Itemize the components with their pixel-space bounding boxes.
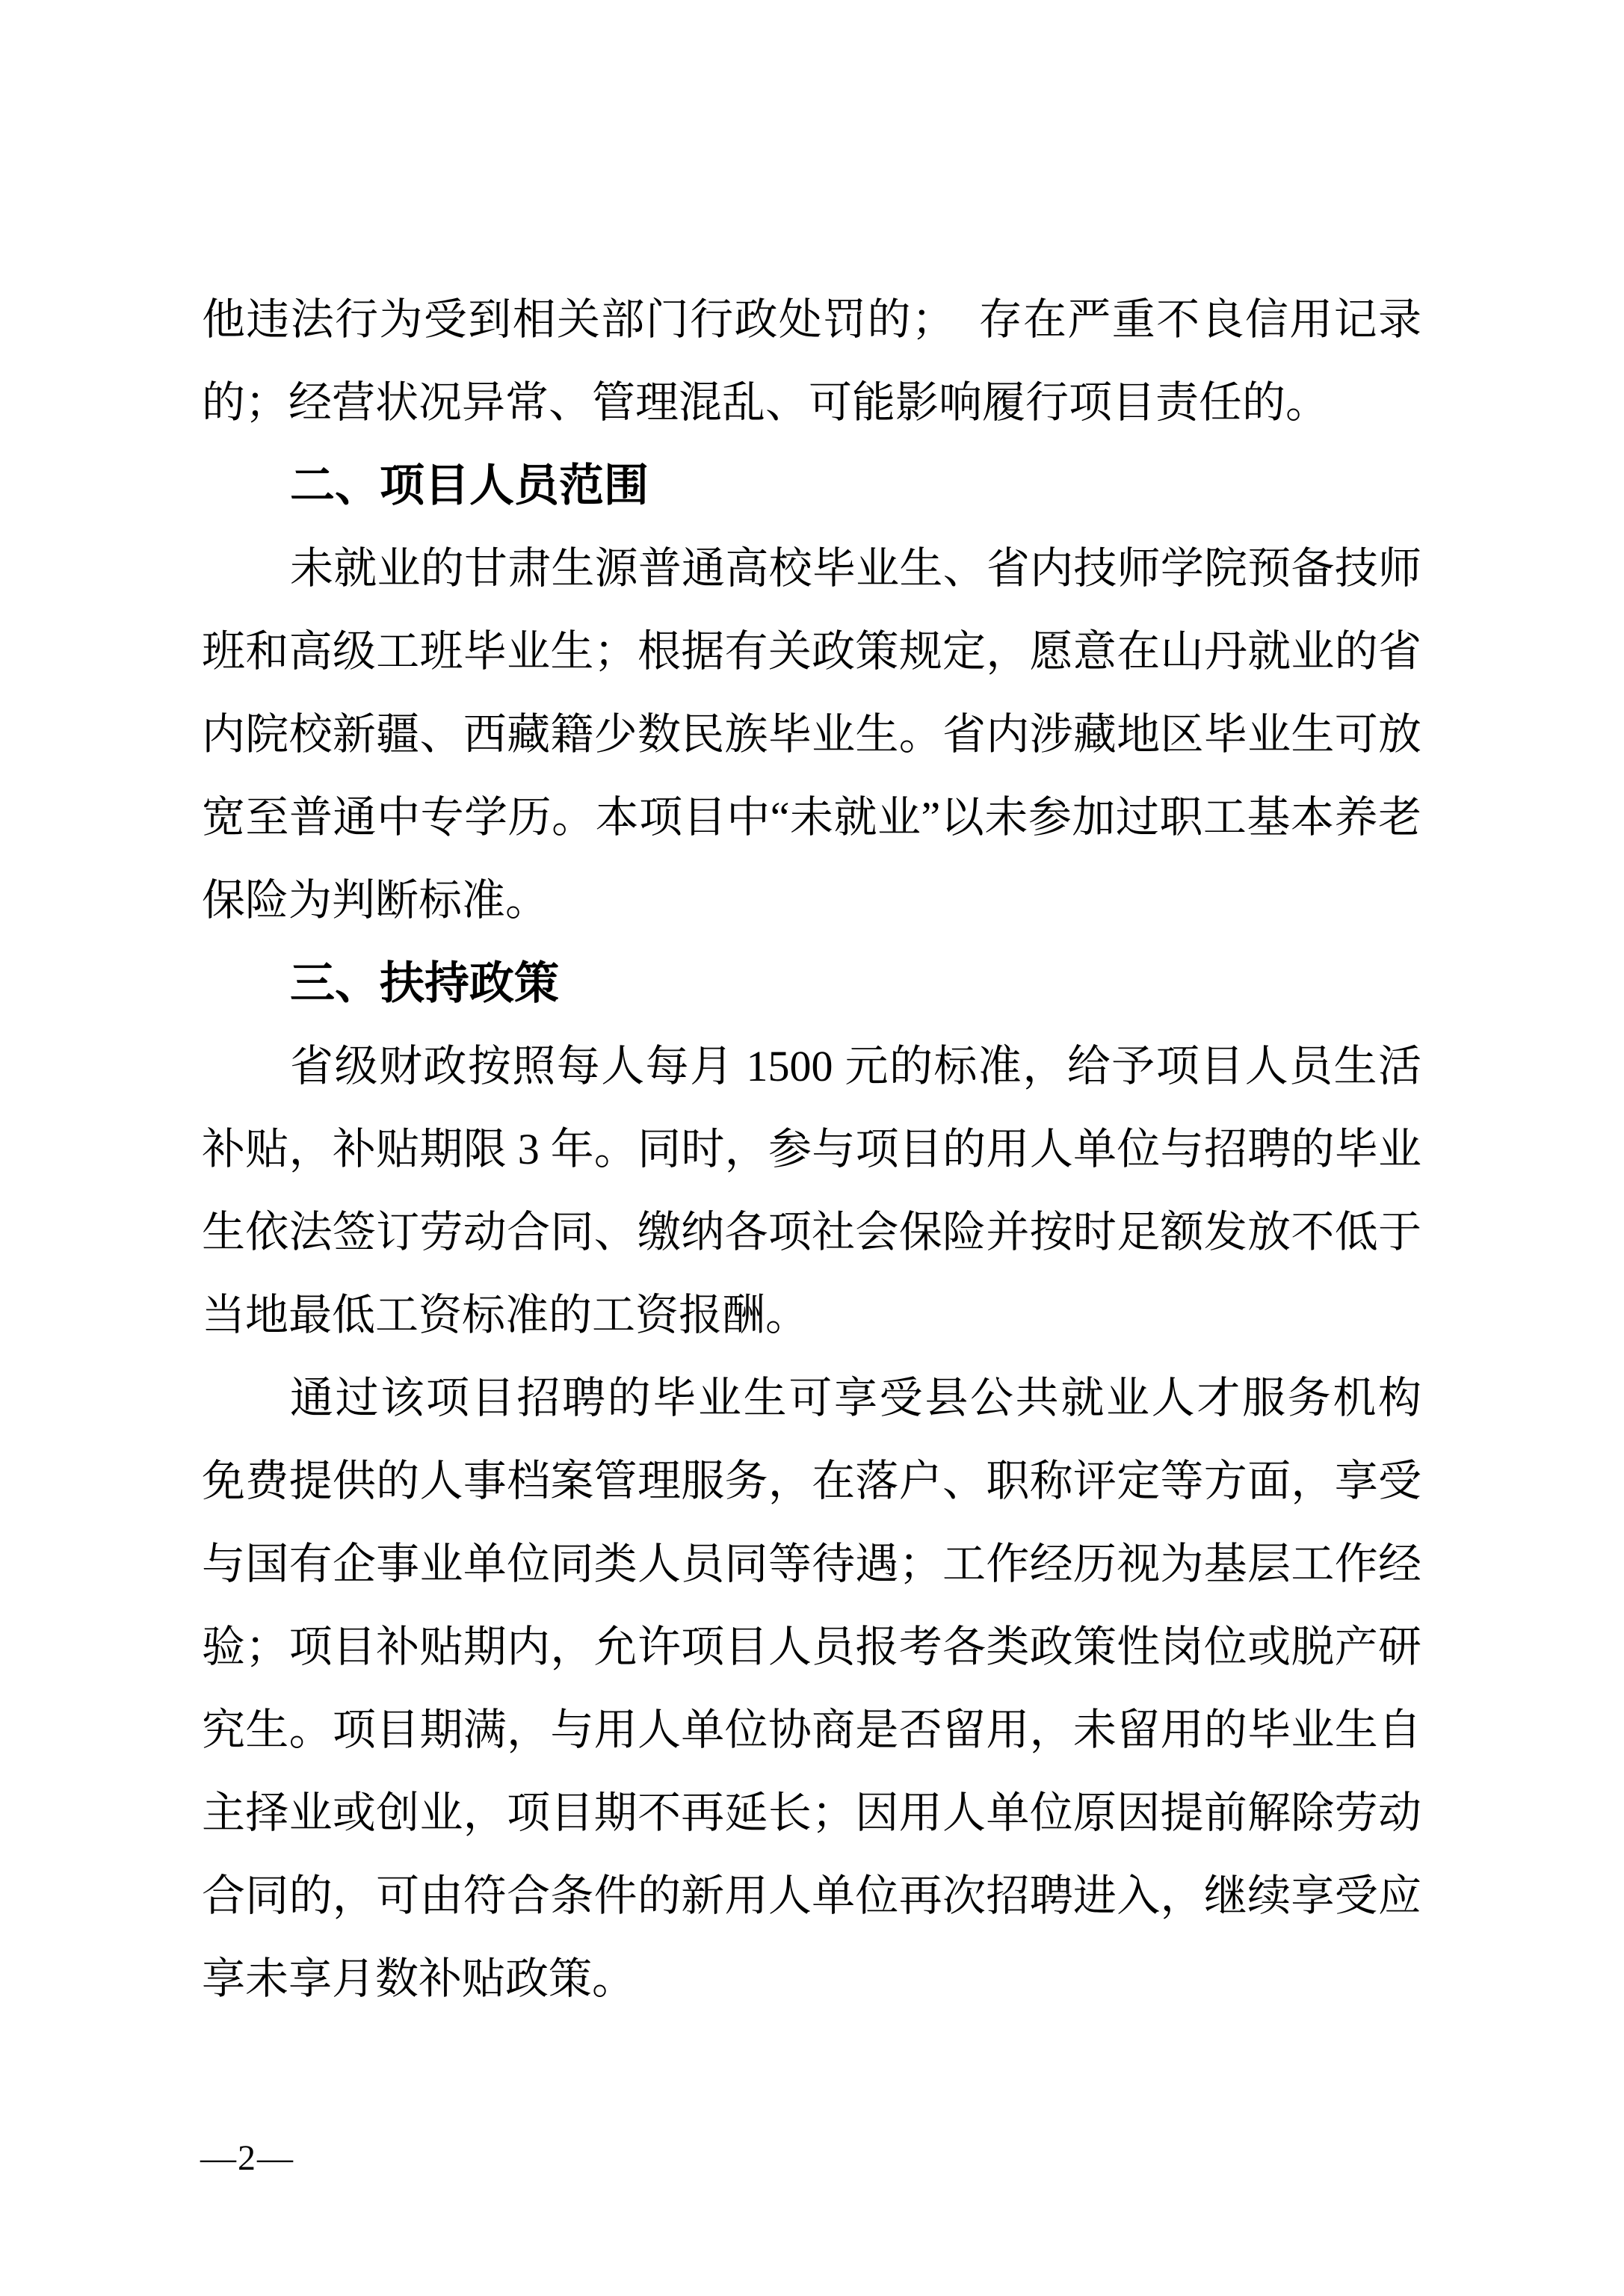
document-line: 保险为判断标准。 (202, 859, 1421, 942)
document-line: 未就业的甘肃生源普通高校毕业生、省内技师学院预备技师 (202, 527, 1421, 610)
document-line: 合同的，可由符合条件的新用人单位再次招聘进入，继续享受应 (202, 1854, 1421, 1937)
section-heading: 二、项目人员范围 (202, 444, 1421, 527)
document-line: 与国有企事业单位同类人员同等待遇；工作经历视为基层工作经 (202, 1522, 1421, 1605)
document-page: 他违法行为受到相关部门行政处罚的； 存在严重不良信用记录的；经营状况异常、管理混… (0, 0, 1624, 2296)
document-line: 究生。项目期满，与用人单位协商是否留用，未留用的毕业生自 (202, 1688, 1421, 1771)
document-line: 当地最低工资标准的工资报酬。 (202, 1274, 1421, 1357)
document-line: 他违法行为受到相关部门行政处罚的； 存在严重不良信用记录 (202, 278, 1421, 361)
document-line: 通过该项目招聘的毕业生可享受县公共就业人才服务机构 (202, 1357, 1421, 1439)
document-line: 生依法签订劳动合同、缴纳各项社会保险并按时足额发放不低于 (202, 1191, 1421, 1274)
page-number: —2— (200, 2136, 294, 2181)
document-line: 享未享月数补贴政策。 (202, 1937, 1421, 2020)
document-line: 省级财政按照每人每月 1500 元的标准，给予项目人员生活 (202, 1025, 1421, 1108)
document-line: 免费提供的人事档案管理服务，在落户、职称评定等方面，享受 (202, 1439, 1421, 1522)
document-line: 主择业或创业，项目期不再延长；因用人单位原因提前解除劳动 (202, 1771, 1421, 1854)
document-line: 宽至普通中专学历。本项目中“未就业”以未参加过职工基本养老 (202, 776, 1421, 859)
section-heading: 三、扶持政策 (202, 942, 1421, 1025)
document-line: 内院校新疆、西藏籍少数民族毕业生。省内涉藏地区毕业生可放 (202, 693, 1421, 776)
document-body: 他违法行为受到相关部门行政处罚的； 存在严重不良信用记录的；经营状况异常、管理混… (202, 278, 1421, 2020)
document-line: 补贴，补贴期限 3 年。同时，参与项目的用人单位与招聘的毕业 (202, 1108, 1421, 1191)
document-line: 班和高级工班毕业生；根据有关政策规定，愿意在山丹就业的省 (202, 610, 1421, 693)
document-line: 验；项目补贴期内，允许项目人员报考各类政策性岗位或脱产研 (202, 1605, 1421, 1688)
document-line: 的；经营状况异常、管理混乱、可能影响履行项目责任的。 (202, 361, 1421, 444)
